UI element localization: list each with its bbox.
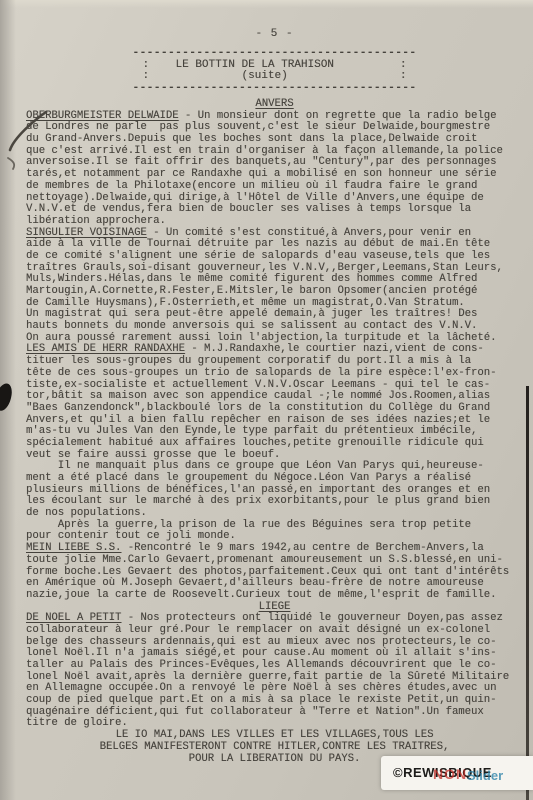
section-heading: SINGULIER VOISINAGE [26,227,147,239]
text-line: tête de ces sous-groupes un trio de salo… [26,368,523,380]
text-line: toute jolie Mme.Carlo Gevaert,promenant … [26,555,523,567]
text-line: "Baes Ganzendonck",blackboulé lors de la… [26,403,523,415]
masthead-border-top: ---------------------------------------- [26,48,523,60]
text-line: spécialement habitué aux affaires louche… [26,438,523,450]
section-heading: LES AMIS DE HERR RANDAXHE [26,343,185,355]
scan-edge-line [526,386,529,800]
page-content: - 5 - ----------------------------------… [26,28,523,765]
masthead-box: ----------------------------------------… [26,48,523,94]
text-line: de ce comité s'alignent une série de sal… [26,251,523,263]
text-line: collaborateur à leur gré.Pour le remplac… [26,625,523,637]
masthead-subtitle: : (suite) : [26,71,523,83]
text-line: coup de pied quelque part.Et on a mis à … [26,695,523,707]
text-line: hauts bonnets du monde anversois qui se … [26,321,523,333]
text-line: BELGES MANIFESTERONT CONTRE HITLER,CONTR… [26,742,523,754]
section-heading: ANVERS [255,98,293,110]
section-heading: DE NOEL A PETIT [26,612,121,624]
watermark-badge: ©REWISBIQUE NON Slider [381,756,533,790]
body-lines: ANVERSOBERBURGMEISTER DELWAIDE - Un mons… [26,99,523,765]
text-line: du Grand-Anvers.Depuis que les boches so… [26,134,523,146]
section-heading: LIEGE [259,601,291,613]
text-line: de membres de la Philotaxe(encore un mil… [26,181,523,193]
section-heading: MEIN LIEBE S.S. [26,542,121,554]
scanned-document-page: - 5 - ----------------------------------… [0,0,533,800]
pen-mark-icon [0,104,54,181]
scan-edge-top [0,0,533,8]
watermark-blue-text: Slider [467,768,503,783]
masthead-border-bottom: ---------------------------------------- [26,83,523,95]
text-line: Martougin,A.Cornette,R.Fester,E.Mitsler,… [26,286,523,298]
text-line: de nos populations. [26,508,523,520]
text-line: taller au Palais des Princes-Evêques,les… [26,660,523,672]
page-number: - 5 - [26,28,523,41]
text-line: ment a été placé dans le groupement du N… [26,473,523,485]
watermark-red-text: NON [433,766,467,782]
